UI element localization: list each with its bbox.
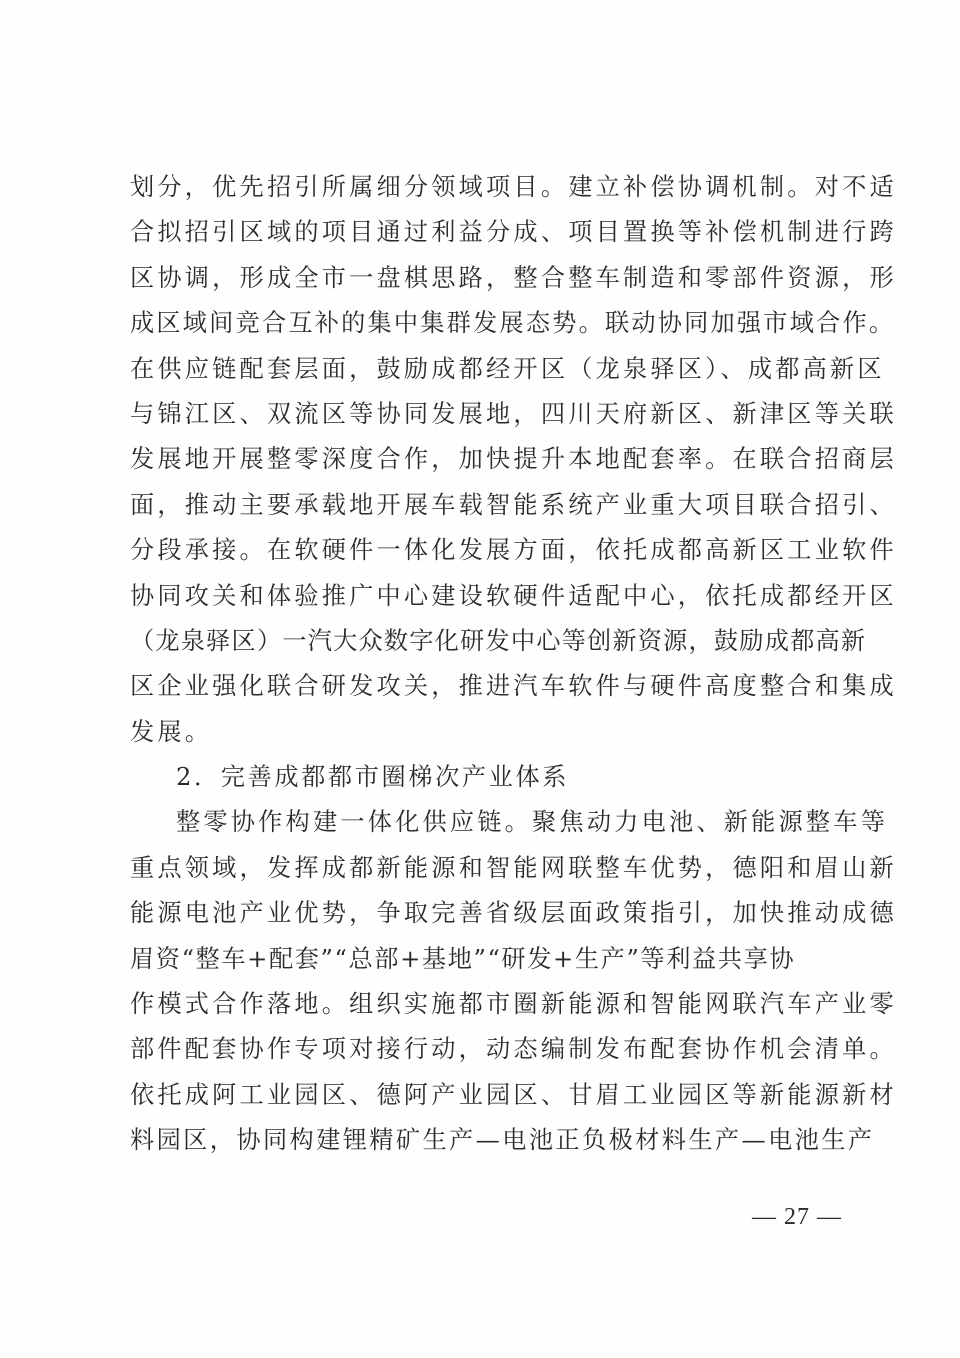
text-line: 部件配套协作专项对接行动，动态编制发布配套协作机会清单。 bbox=[130, 1027, 842, 1072]
text-line: 与锦江区、双流区等协同发展地，四川天府新区、新津区等关联 bbox=[130, 392, 842, 437]
text-line: 眉资“整车+配套”“总部+基地”“研发+生产”等利益共享协 bbox=[130, 937, 842, 982]
document-page: 划分，优先招引所属细分领域项目。建立补偿协调机制。对不适 合拟招引区域的项目通过… bbox=[0, 0, 960, 1358]
page-number: — 27 — bbox=[752, 1204, 842, 1231]
body-text: 划分，优先招引所属细分领域项目。建立补偿协调机制。对不适 合拟招引区域的项目通过… bbox=[130, 165, 842, 1164]
text-line: 合拟招引区域的项目通过利益分成、项目置换等补偿机制进行跨 bbox=[130, 210, 842, 255]
text-line: 能源电池产业优势，争取完善省级层面政策指引，加快推动成德 bbox=[130, 891, 842, 936]
text-line: 依托成阿工业园区、德阿产业园区、甘眉工业园区等新能源新材 bbox=[130, 1073, 842, 1118]
text-line: 发展地开展整零深度合作，加快提升本地配套率。在联合招商层 bbox=[130, 437, 842, 482]
section-heading: 2．完善成都都市圈梯次产业体系 bbox=[130, 755, 842, 800]
text-line: 划分，优先招引所属细分领域项目。建立补偿协调机制。对不适 bbox=[130, 165, 842, 210]
text-line: 发展。 bbox=[130, 710, 842, 755]
text-line: 面，推动主要承载地开展车载智能系统产业重大项目联合招引、 bbox=[130, 483, 842, 528]
text-line: 料园区，协同构建锂精矿生产—电池正负极材料生产—电池生产 bbox=[130, 1118, 842, 1163]
text-line: 重点领域，发挥成都新能源和智能网联整车优势，德阳和眉山新 bbox=[130, 846, 842, 891]
text-line: 分段承接。在软硬件一体化发展方面，依托成都高新区工业软件 bbox=[130, 528, 842, 573]
text-line: 区企业强化联合研发攻关，推进汽车软件与硬件高度整合和集成 bbox=[130, 664, 842, 709]
text-line: 在供应链配套层面，鼓励成都经开区（龙泉驿区）、成都高新区 bbox=[130, 347, 842, 392]
text-line: 区协调，形成全市一盘棋思路，整合整车制造和零部件资源，形 bbox=[130, 256, 842, 301]
paragraph-first-line: 整零协作构建一体化供应链。聚焦动力电池、新能源整车等 bbox=[130, 800, 842, 845]
text-line: （龙泉驿区）一汽大众数字化研发中心等创新资源，鼓励成都高新 bbox=[130, 619, 842, 664]
text-line: 成区域间竞合互补的集中集群发展态势。联动协同加强市域合作。 bbox=[130, 301, 842, 346]
text-line: 作模式合作落地。组织实施都市圈新能源和智能网联汽车产业零 bbox=[130, 982, 842, 1027]
text-line: 协同攻关和体验推广中心建设软硬件适配中心，依托成都经开区 bbox=[130, 574, 842, 619]
